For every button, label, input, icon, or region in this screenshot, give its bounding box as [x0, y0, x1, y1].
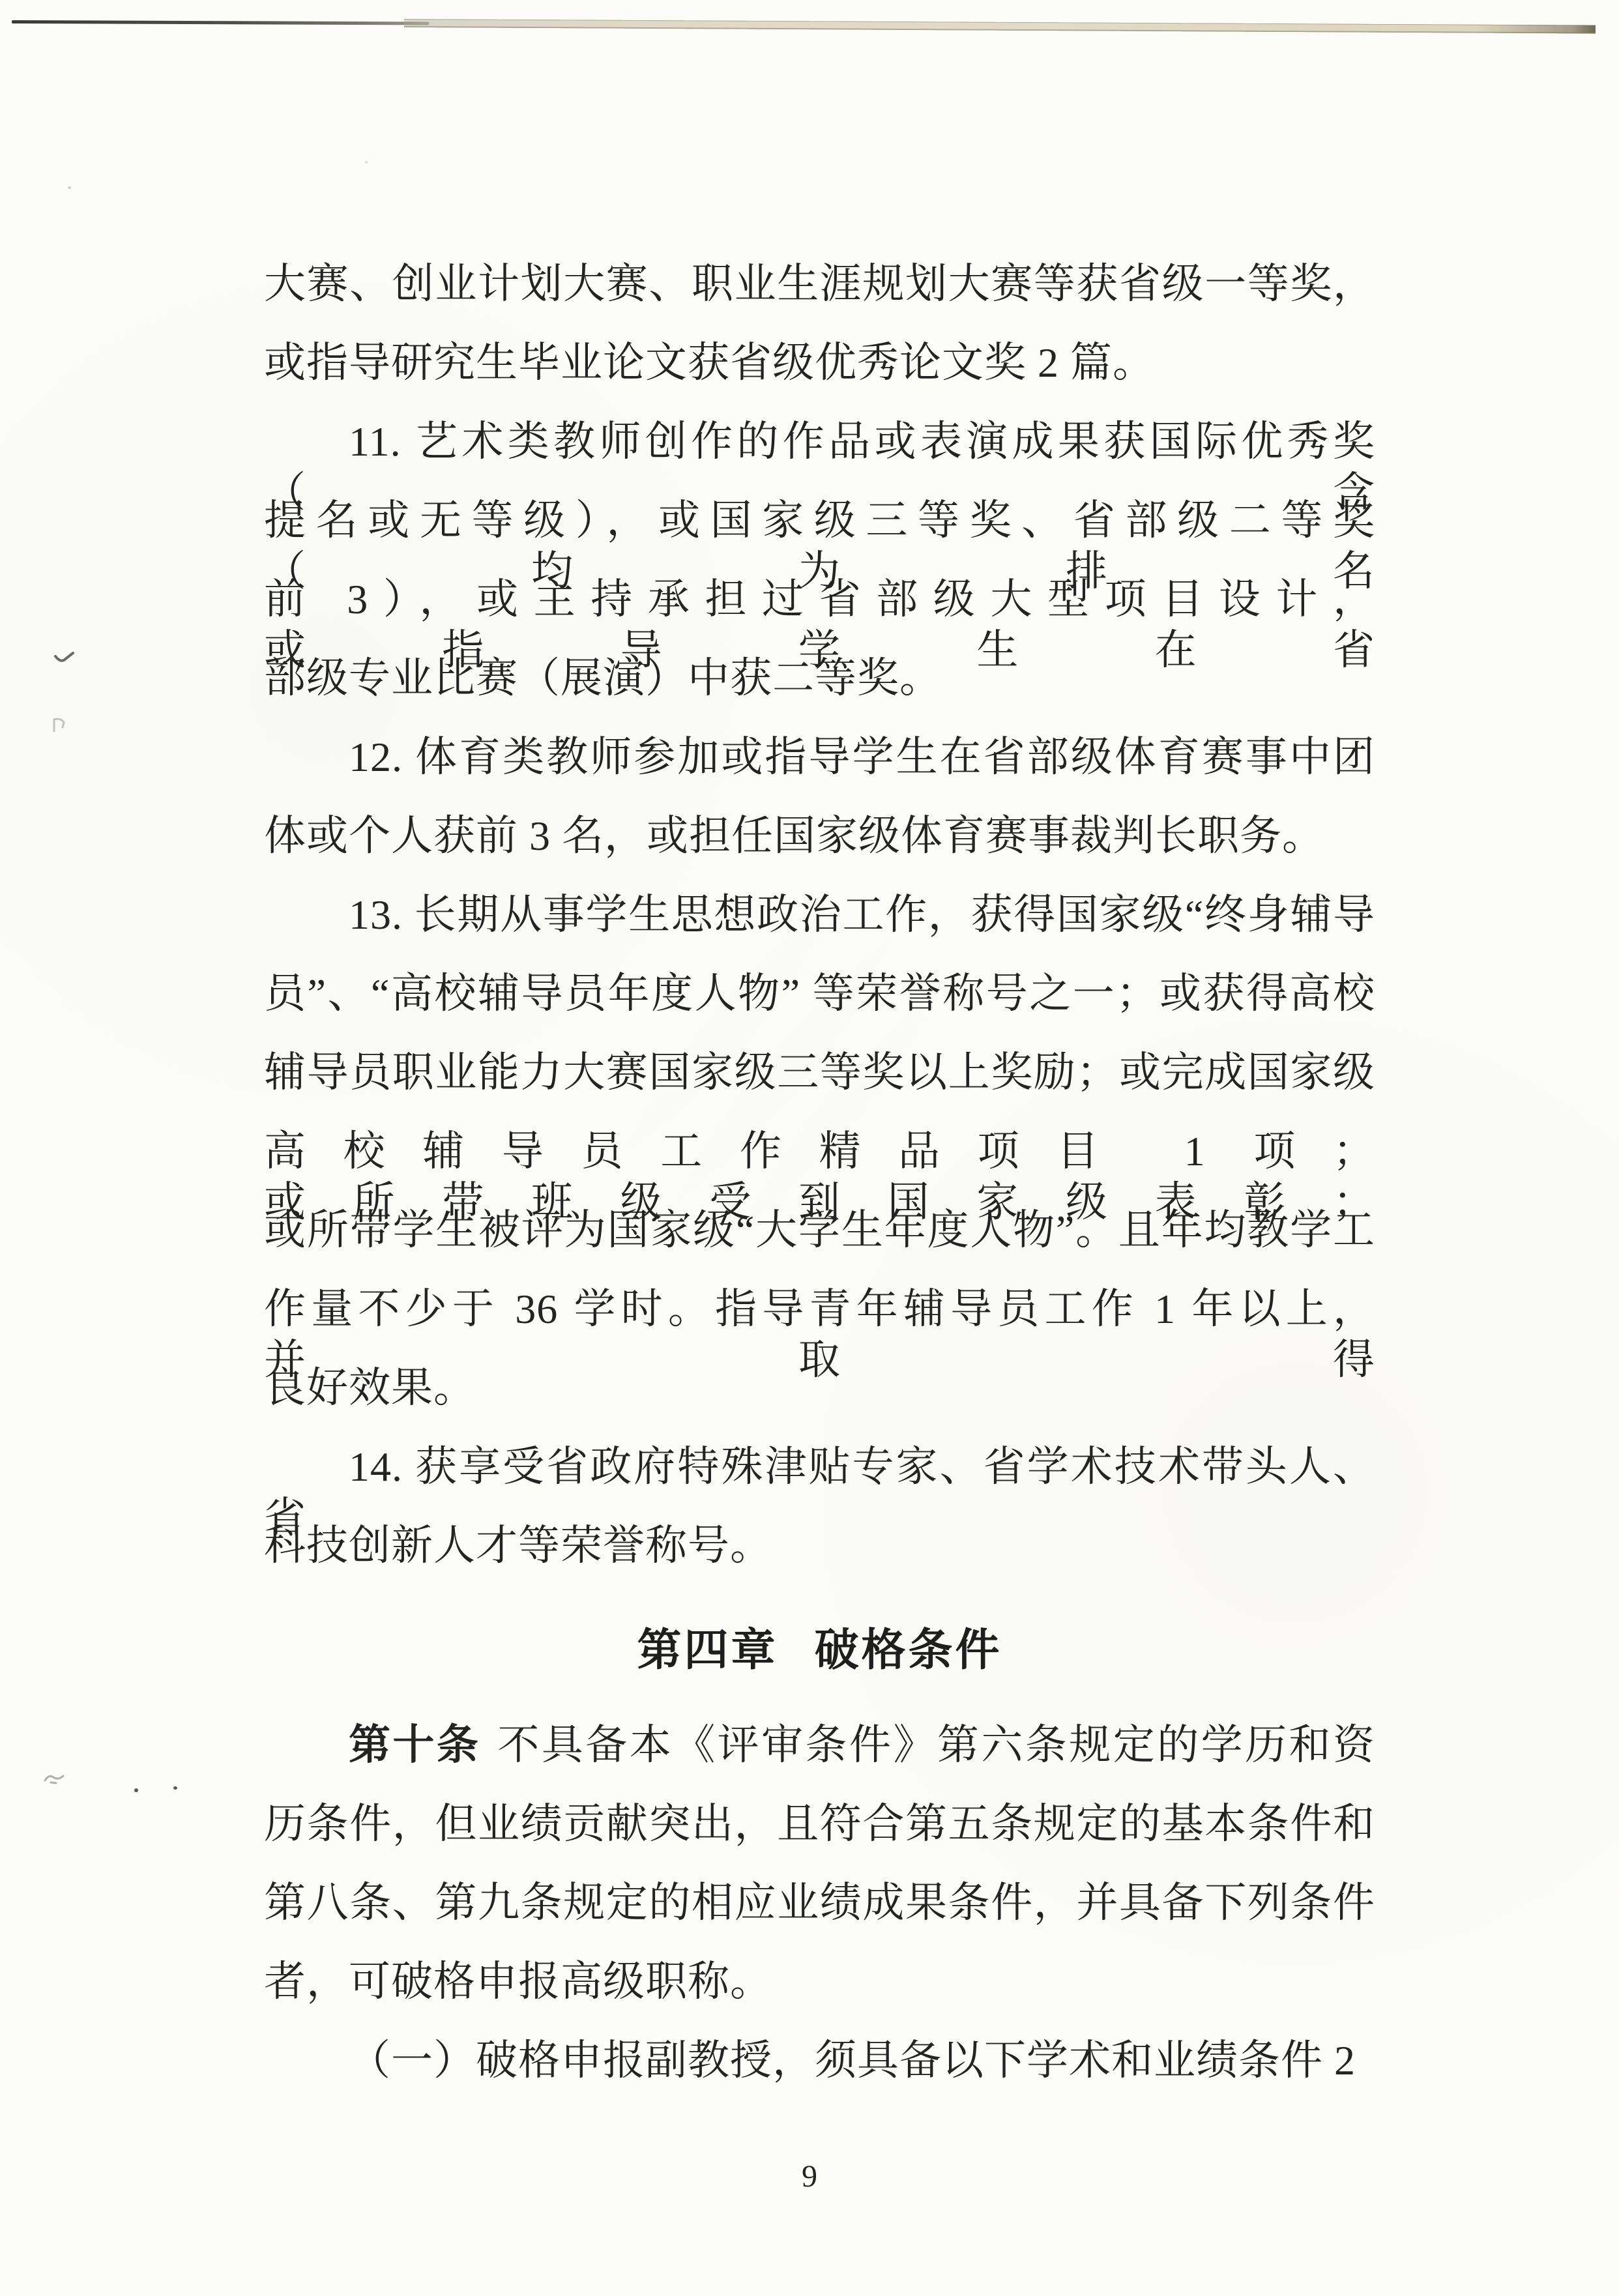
ink-speck-mark	[51, 717, 70, 734]
ink-speck-dot	[134, 1788, 138, 1792]
text-line: 13. 长期从事学生思想政治工作，获得国家级“终身辅导	[264, 890, 1375, 940]
chapter-number: 第四章	[637, 1625, 778, 1675]
text-line: 或指导研究生毕业论文获省级优秀论文奖 2 篇。	[264, 338, 1375, 388]
text-line: 历条件，但业绩贡献突出，且符合第五条规定的基本条件和	[264, 1799, 1375, 1850]
text-line: 部级专业比赛（展演）中获二等奖。	[264, 653, 1375, 704]
chapter-title: 破格条件	[815, 1625, 1002, 1675]
text-line: 者，可破格申报高级职称。	[264, 1956, 1375, 2007]
text-line: 前 3），或主持承担过省部级大型项目设计，或指导学生在省	[264, 574, 1375, 625]
article-10-label: 第十条	[349, 1722, 480, 1768]
text-line: 辅导员职业能力大赛国家级三等奖以上奖励；或完成国家级	[264, 1047, 1375, 1098]
text-line: 大赛、创业计划大赛、职业生涯规划大赛等获省级一等奖，	[264, 259, 1375, 310]
text-line: 体或个人获前 3 名，或担任国家级体育赛事裁判长职务。	[264, 811, 1375, 862]
article-10-line: 第十条不具备本《评审条件》第六条规定的学历和资	[264, 1720, 1375, 1771]
text-line: 提名或无等级），或国家级三等奖、省部级二等奖（均为排名	[264, 495, 1375, 546]
ink-speck-squiggle	[43, 1771, 65, 1786]
page-number: 9	[0, 2158, 1619, 2194]
text-line: 第八条、第九条规定的相应业绩成果条件，并具备下列条件	[264, 1878, 1375, 1928]
scan-artifact-tan-band	[404, 19, 1596, 34]
text-line: 14. 获享受省政府特殊津贴专家、省学术技术带头人、省	[264, 1442, 1375, 1492]
text-line: 12. 体育类教师参加或指导学生在省部级体育赛事中团	[264, 732, 1375, 783]
text-line: 或所带学生被评为国家级“大学生年度人物”。且年均教学工	[264, 1205, 1375, 1256]
text-line: 11. 艺术类教师创作的作品或表演成果获国际优秀奖（含	[264, 416, 1375, 467]
text-line: 良好效果。	[264, 1363, 1375, 1414]
text-line: 员”、“高校辅导员年度人物” 等荣誉称号之一；或获得高校	[264, 968, 1375, 1019]
ink-speck-check	[53, 650, 76, 666]
text-line: 科技创新人才等荣誉称号。	[264, 1520, 1375, 1571]
chapter-heading: 第四章破格条件	[264, 1623, 1375, 1678]
scan-artifact-dark-line	[12, 20, 429, 25]
text-line: 高校辅导员工作精品项目 1 项；或所带班级受到国家级表彰；	[264, 1126, 1375, 1177]
scanned-document-page: 大赛、创业计划大赛、职业生涯规划大赛等获省级一等奖， 或指导研究生毕业论文获省级…	[0, 0, 1619, 2296]
text-line: （一）破格申报副教授，须具备以下学术和业绩条件 2	[264, 2035, 1375, 2086]
article-10-text: 不具备本《评审条件》第六条规定的学历和资	[497, 1722, 1375, 1768]
ink-speck-dot	[365, 161, 368, 164]
ink-speck-dot	[173, 1786, 177, 1790]
ink-speck-dot	[68, 186, 71, 189]
text-line: 作量不少于 36 学时。指导青年辅导员工作 1 年以上，并取得	[264, 1284, 1375, 1335]
